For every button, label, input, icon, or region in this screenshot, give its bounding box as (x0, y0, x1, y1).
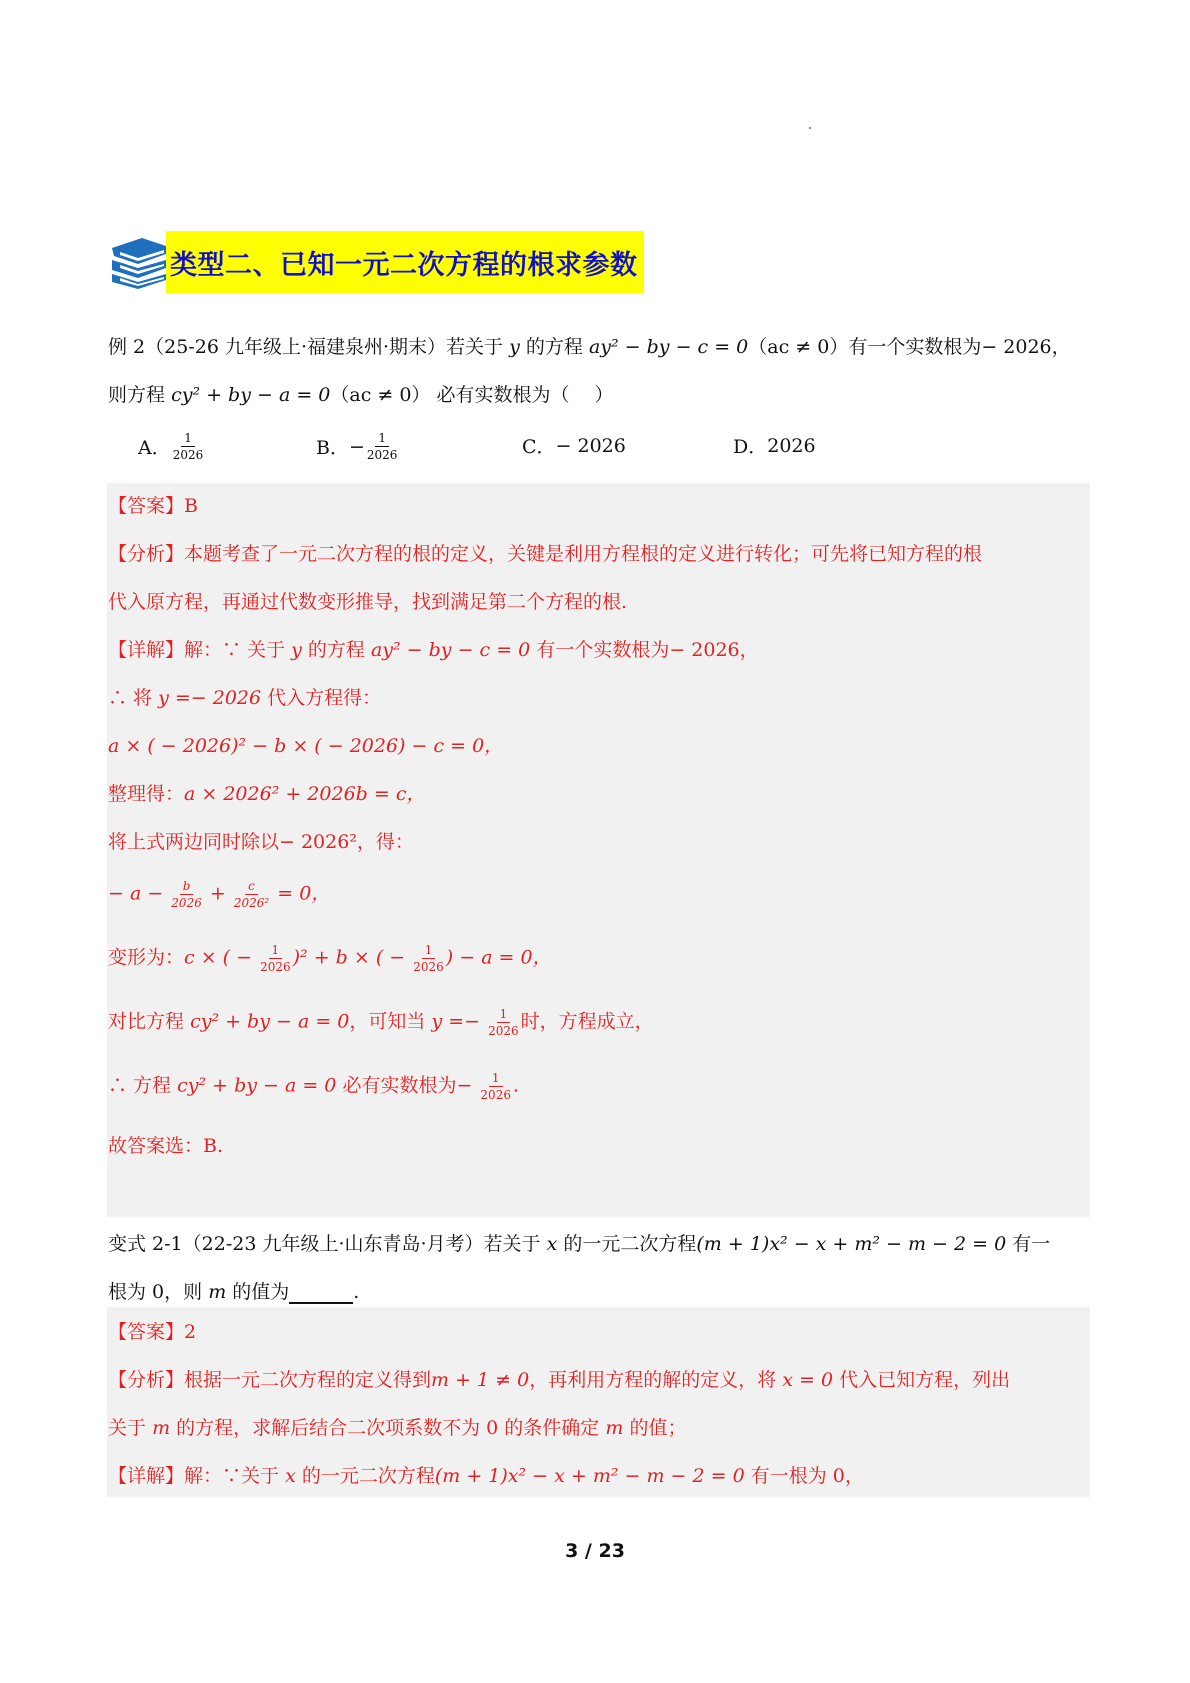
answer-tag: 【答案】 (108, 495, 184, 517)
denominator: 2026² (234, 895, 269, 909)
fraction: 12026 (480, 1072, 511, 1101)
numerator: c (245, 880, 258, 895)
operator: + (210, 883, 226, 905)
detail-line9: ∴ 方程 cy² + by − a = 0 必有实数根为− 12026. (108, 1072, 519, 1101)
fraction: 12026 (488, 1008, 519, 1037)
detail-line8: 对比方程 cy² + by − a = 0，可知当 y =− 12026时，方程… (108, 1008, 654, 1037)
detail-text: ，可知当 (349, 1011, 425, 1033)
equation: ay² − by − c = 0 (589, 336, 748, 358)
condition: （ac ≠ 0） (330, 384, 430, 406)
analysis-line1: 【分析】本题考查了一元二次方程的根的定义，关键是利用方程根的定义进行转化；可先将… (108, 542, 982, 566)
detail-text: 的一元二次方程 (302, 1465, 435, 1487)
section-title: 类型二、已知一元二次方程的根求参数 (170, 243, 638, 282)
detail-text: 的方程 (308, 639, 365, 661)
equation: m + 1 ≠ 0 (431, 1369, 529, 1391)
stem-text: 若关于 (484, 1233, 541, 1255)
math-var: m (152, 1417, 170, 1439)
conclusion-line: 故答案选：B. (108, 1134, 223, 1158)
analysis-line2: 代入原方程，再通过代数变形推导，找到满足第二个方程的根. (108, 590, 627, 614)
option-value: 2026 (767, 435, 815, 457)
math-var: y (291, 639, 302, 661)
answer-line: 【答案】B (108, 494, 198, 518)
option-key: A． (138, 433, 171, 460)
equation: x = 0 (782, 1369, 833, 1391)
answer-value: B (184, 495, 198, 517)
option-c[interactable]: C． − 2026 (522, 432, 626, 459)
conclusion-text: 故答案选：B. (108, 1135, 223, 1157)
fraction: c2026² (234, 880, 269, 909)
example-source: （25-26 九年级上·福建泉州·期末） (145, 336, 446, 358)
stem-text: 必有实数根为（ ） (436, 384, 613, 406)
equation-part: )² + b × ( − (293, 947, 406, 969)
stem-text: 的方程 (526, 336, 583, 358)
denominator: 2026 (480, 1087, 511, 1101)
analysis-text: ，再利用方程的解的定义，将 (529, 1369, 776, 1391)
section-heading: 类型二、已知一元二次方程的根求参数 (108, 230, 644, 294)
detail-text: 代入方程得： (267, 687, 381, 709)
stem-text: 若关于 (446, 336, 503, 358)
detail-text: 变形为： (108, 947, 184, 969)
equation: a × 2026² + 2026b = c， (184, 783, 425, 805)
analysis-text: 本题考查了一元二次方程的根的定义，关键是利用方程根的定义进行转化；可先将已知方程… (184, 543, 982, 565)
fraction: 12026 (367, 432, 398, 461)
analysis-text: 的值； (629, 1417, 686, 1439)
detail-text: ∴ 方程 (108, 1075, 171, 1097)
detail-text: 解：∵ 关于 (184, 639, 285, 661)
condition: （ac ≠ 0） (748, 336, 848, 358)
math-var: y (509, 336, 520, 358)
equation: (m + 1)x² − x + m² − m − 2 = 0 (435, 1465, 745, 1487)
equation: cy² + by − a = 0 (190, 1011, 349, 1033)
numerator: 1 (269, 944, 283, 959)
equation: cy² + by − a = 0 (177, 1075, 336, 1097)
stem-text: 则方程 (108, 384, 165, 406)
stem-text: 有一个实数根为− 2026， (848, 336, 1070, 358)
numerator: 1 (181, 432, 195, 447)
detail-line7: 变形为：c × ( − 12026)² + b × ( − 12026) − a… (108, 944, 552, 973)
option-key: D． (733, 432, 767, 459)
equation-part: c × ( − (184, 947, 252, 969)
numerator: 1 (497, 1008, 511, 1023)
detail-text: 解：∵关于 (184, 1465, 279, 1487)
equation-part: ) − a = 0， (446, 947, 552, 969)
variant-label: 变式 2-1 (108, 1233, 183, 1255)
detail-text: . (513, 1075, 519, 1097)
stem-text: 根为 0，则 (108, 1281, 202, 1303)
analysis-text: 代入已知方程，列出 (839, 1369, 1010, 1391)
analysis-tag: 【分析】 (108, 1369, 184, 1391)
analysis-text: 关于 (108, 1417, 146, 1439)
variant-stem-line1: 变式 2-1（22-23 九年级上·山东青岛·月考）若关于 x 的一元二次方程(… (108, 1232, 1050, 1256)
detail-text: 时，方程成立， (521, 1011, 654, 1033)
fraction: b2026 (171, 880, 202, 909)
equation: a × ( − 2026)² − b × ( − 2026) − c = 0， (108, 735, 503, 757)
detail-text: 有一个实数根为− 2026， (536, 639, 758, 661)
math-var: m (208, 1281, 226, 1303)
numerator: b (180, 880, 194, 895)
answer-blank[interactable] (289, 1284, 353, 1304)
detail-line5: 将上式两边同时除以− 2026²，得： (108, 830, 414, 854)
denominator: 2026 (173, 447, 204, 461)
variant-source: （22-23 九年级上·山东青岛·月考） (183, 1233, 484, 1255)
equation-part: y =− (431, 1011, 480, 1033)
detail-line4: 整理得：a × 2026² + 2026b = c， (108, 782, 425, 806)
variant-stem-line2: 根为 0，则 m 的值为. (108, 1280, 359, 1304)
document-page: 类型二、已知一元二次方程的根求参数 例 2（25-26 九年级上·福建泉州·期末… (0, 0, 1190, 1683)
example-stem-line1: 例 2（25-26 九年级上·福建泉州·期末）若关于 y 的方程 ay² − b… (108, 335, 1071, 359)
denominator: 2026 (413, 959, 444, 973)
equation: cy² + by − a = 0 (171, 384, 330, 406)
detail-text: 必有实数根为− (342, 1075, 472, 1097)
fraction: 12026 (260, 944, 291, 973)
denominator: 2026 (488, 1023, 519, 1037)
detail-line3: a × ( − 2026)² − b × ( − 2026) − c = 0， (108, 734, 503, 758)
variant-answer-line: 【答案】2 (108, 1320, 196, 1344)
stray-dot (809, 127, 811, 129)
option-value: − 2026 (556, 435, 626, 457)
denominator: 2026 (367, 447, 398, 461)
equation: y =− 2026 (158, 687, 261, 709)
detail-line1: 【详解】解：∵ 关于 y 的方程 ay² − by − c = 0 有一个实数根… (108, 638, 759, 662)
page-number: 3 / 23 (0, 1540, 1190, 1562)
example-stem-line2: 则方程 cy² + by − a = 0（ac ≠ 0） 必有实数根为（ ） (108, 383, 614, 407)
numerator: 1 (489, 1072, 503, 1087)
equation-part: − a − (108, 883, 163, 905)
stem-text: 有一 (1012, 1233, 1050, 1255)
equation: (m + 1)x² − x + m² − m − 2 = 0 (696, 1233, 1006, 1255)
detail-text: 有一根为 0， (751, 1465, 864, 1487)
detail-text: 整理得： (108, 783, 184, 805)
denominator: 2026 (260, 959, 291, 973)
analysis-text: 代入原方程，再通过代数变形推导，找到满足第二个方程的根. (108, 591, 627, 613)
stem-text: 的一元二次方程 (563, 1233, 696, 1255)
option-a[interactable]: A． 12026 (138, 432, 205, 461)
detail-tag: 【详解】 (108, 1465, 184, 1487)
variant-detail-line1: 【详解】解：∵关于 x 的一元二次方程(m + 1)x² − x + m² − … (108, 1464, 864, 1488)
answer-tag: 【答案】 (108, 1321, 184, 1343)
math-var: m (605, 1417, 623, 1439)
variant-analysis-line1: 【分析】根据一元二次方程的定义得到m + 1 ≠ 0，再利用方程的解的定义，将 … (108, 1368, 1010, 1392)
analysis-text: 根据一元二次方程的定义得到 (184, 1369, 431, 1391)
math-var: x (547, 1233, 558, 1255)
equation: ay² − by − c = 0 (371, 639, 530, 661)
denominator: 2026 (171, 895, 202, 909)
title-highlight: 类型二、已知一元二次方程的根求参数 (166, 231, 644, 293)
answer-value: 2 (184, 1321, 196, 1343)
numerator: 1 (375, 432, 389, 447)
fraction: 12026 (413, 944, 444, 973)
option-d[interactable]: D． 2026 (733, 432, 816, 459)
equation-part: = 0， (277, 883, 330, 905)
detail-tag: 【详解】 (108, 639, 184, 661)
detail-line6: − a − b2026 + c2026² = 0， (108, 880, 330, 909)
option-key: C． (522, 432, 556, 459)
stem-text: 的值为 (232, 1281, 289, 1303)
stem-text: . (353, 1281, 359, 1303)
math-var: x (285, 1465, 296, 1487)
fraction: 12026 (173, 432, 204, 461)
detail-text: 对比方程 (108, 1011, 184, 1033)
option-key: B． (316, 433, 349, 460)
variant-analysis-line2: 关于 m 的方程，求解后结合二次项系数不为 0 的条件确定 m 的值； (108, 1416, 686, 1440)
option-b[interactable]: B． − 12026 (316, 432, 399, 461)
numerator: 1 (422, 944, 436, 959)
example-label: 例 2 (108, 336, 145, 358)
analysis-tag: 【分析】 (108, 543, 184, 565)
analysis-text: 的方程，求解后结合二次项系数不为 0 的条件确定 (176, 1417, 599, 1439)
books-stack-icon (108, 234, 170, 290)
detail-text: 将上式两边同时除以− 2026²，得： (108, 831, 414, 853)
detail-line2: ∴ 将 y =− 2026 代入方程得： (108, 686, 381, 710)
detail-text: ∴ 将 (108, 687, 152, 709)
sign: − (349, 436, 365, 458)
